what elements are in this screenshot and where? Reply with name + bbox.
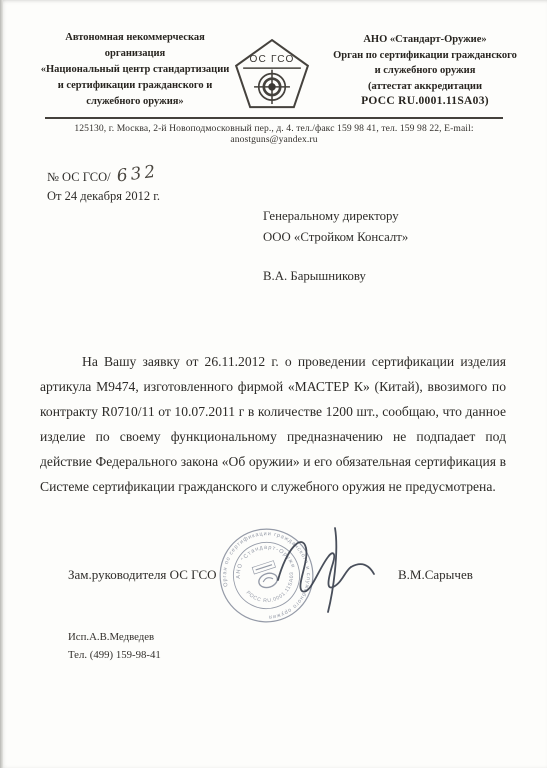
address-line: 125130, г. Москва, 2-й Новоподмосковный … [40,123,508,145]
accreditation-number: РОСС RU.0001.11SA03) [316,94,534,110]
org-right-line: АНО «Стандарт-Оружие» [316,32,534,48]
crosshair-target-icon [254,70,290,104]
org-left-line: «Национальный центр стандартизации [36,62,234,78]
footer-block: Исп.А.В.Медведев Тел. (499) 159-98-41 [68,628,161,664]
org-right-line: (аттестат аккредитации [316,79,534,95]
reference-number-label: № ОС ГСО/ [47,170,111,184]
letterhead-divider [45,117,503,119]
org-left-line: и сертификации гражданского и [36,78,234,94]
org-left-line: служебного оружия» [36,94,234,110]
letter-date: От 24 декабря 2012 г. [47,189,160,204]
org-left-line: Автономная некоммерческая [36,30,234,46]
pentagon-target-logo-icon: ОС ГСО [233,36,311,112]
certification-body-name: АНО «Стандарт-Оружие» Орган по сертифика… [316,32,534,110]
signatory-name: В.М.Сарычев [398,567,473,583]
issuer-organization-name: Автономная некоммерческая организация «Н… [36,30,234,110]
signatory-title: Зам.руководителя ОС ГСО [68,567,217,583]
recipient-name: В.А. Барышникову [263,266,408,287]
phone-line: Тел. (499) 159-98-41 [68,646,161,664]
executor-line: Исп.А.В.Медведев [68,628,161,646]
org-right-line: и служебного оружия [316,63,534,79]
org-left-line: организация [36,46,234,62]
scanned-letter-page: Автономная некоммерческая организация «Н… [0,0,547,768]
org-right-line: Орган по сертификации гражданского [316,48,534,64]
recipient-block: Генеральному директору ООО «Стройком Кон… [263,206,408,287]
logo-label: ОС ГСО [249,54,294,65]
reference-number-handwritten: 632 [115,162,159,187]
letter-body-paragraph: На Вашу заявку от 26.11.2012 г. о провед… [40,349,506,499]
recipient-position: Генеральному директору [263,206,408,227]
scan-edge-shadow [0,0,3,768]
handwritten-signature [272,516,377,616]
reference-number-line: № ОС ГСО/632 [47,166,158,186]
recipient-company: ООО «Стройком Консалт» [263,227,408,248]
